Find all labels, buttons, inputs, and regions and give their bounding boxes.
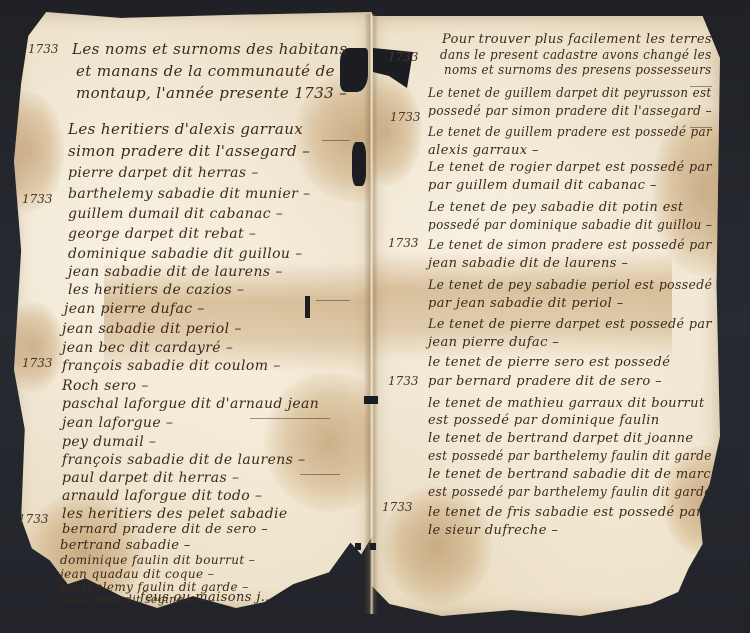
entry-line: les heritiers de cazios –: [68, 282, 244, 298]
entry-line: Le tenet de guillem pradere est possedé …: [428, 125, 712, 140]
entry-line: pey dumail –: [62, 434, 156, 450]
entry-line: paschal laforgue dit d'arnaud jean: [62, 396, 319, 412]
entry-line: pierre darpet dit herras –: [68, 165, 259, 181]
entry-line: Le tenet de simon pradere est possedé pa…: [428, 238, 712, 253]
margin-year: 1733: [390, 110, 421, 124]
entry-line: Le tenet de guillem darpet dit peyrusson…: [428, 86, 712, 101]
margin-year: 1733: [388, 50, 419, 64]
entry-line: dominique faulin dit bourrut –: [60, 553, 255, 567]
header-line: Les noms et surnoms des habitans: [72, 40, 347, 58]
entry-line: le tenet de fris sabadie est possedé par: [428, 505, 703, 520]
entry-line: Le tenet de rogier darpet est possedé pa…: [428, 160, 712, 175]
header-line: dans le present cadastre avons changé le…: [440, 48, 712, 63]
entry-line: est possedé par dominique faulin: [428, 413, 660, 428]
margin-year: 1733: [388, 236, 419, 250]
margin-year: 1733: [22, 192, 53, 206]
header-line: noms et surnoms des presens possesseurs: [444, 63, 712, 78]
center-fold: [364, 14, 378, 614]
entry-line: le tenet de bertrand darpet dit joanne: [428, 431, 693, 446]
entry-line: Le tenet de pey sabadie periol est posse…: [428, 278, 712, 293]
entry-line: jean quadau dit coque –: [60, 567, 214, 581]
entry-line: dominique sabadie dit guillou –: [68, 246, 303, 262]
entry-line: bernard pradere dit de sero –: [62, 522, 268, 537]
entry-line: jean bec dit cardayré –: [62, 340, 233, 356]
margin-year: 1733: [22, 356, 53, 370]
header-line: et manans de la communauté de: [76, 62, 335, 80]
entry-line: le tenet de pierre sero est possedé: [428, 355, 670, 370]
paper-hole: [352, 142, 366, 186]
entry-line: est possedé par barthelemy faulin dit ga…: [428, 485, 712, 500]
entry-line: barthelemy sabadie dit munier –: [68, 186, 310, 202]
entry-line: par bernard pradere dit de sero –: [428, 374, 662, 389]
entry-line: alexis garraux –: [428, 143, 539, 158]
entry-line: Roch sero –: [62, 378, 149, 394]
entry-line: possedé par simon pradere dit l'assegard…: [428, 104, 712, 119]
entry-line: arnauld laforgue dit todo –: [62, 488, 262, 504]
paper-hole: [355, 543, 361, 550]
paper-hole: [370, 543, 376, 550]
ruled-dash: [316, 300, 350, 301]
ruled-dash: [250, 418, 330, 419]
entry-line: jean sabadie dit de laurens –: [428, 256, 628, 271]
header-line: Pour trouver plus facilement les terres: [442, 32, 712, 47]
entry-line: jean sabadie dit de laurens –: [68, 264, 283, 280]
margin-year: 1733: [388, 374, 419, 388]
entry-line: possedé par dominique sabadie dit guillo…: [428, 218, 712, 233]
paper-hole: [305, 296, 310, 318]
entry-line: Les heritiers d'alexis garraux: [68, 120, 303, 138]
entry-line: françois sabadie dit de laurens –: [62, 452, 306, 468]
entry-line: jean laforgue –: [62, 415, 173, 431]
paper-hole: [364, 396, 378, 404]
ruled-dash: [690, 86, 712, 87]
ruled-dash: [300, 474, 340, 475]
entry-line: jean sabadie dit periol –: [62, 321, 242, 337]
entry-line: le sieur dufreche –: [428, 523, 558, 538]
ruled-dash: [322, 140, 350, 141]
margin-year: 1733: [18, 512, 49, 526]
margin-year: 1733: [28, 42, 59, 56]
entry-line: guillem dumail dit cabanac –: [68, 206, 283, 222]
entry-line: le tenet de mathieu garraux dit bourrut: [428, 396, 705, 411]
entry-line: le tenet de bertrand sabadie dit de marc: [428, 467, 711, 482]
entry-line: Le tenet de pierre darpet est possedé pa…: [428, 317, 712, 332]
entry-line: françois sabadie dit coulom –: [62, 358, 281, 374]
entry-line: jean pierre dufac –: [428, 335, 559, 350]
entry-line: paul darpet dit herras –: [62, 470, 239, 486]
entry-line: les heritiers des pelet sabadie: [62, 506, 288, 522]
margin-year: 1733: [382, 500, 413, 514]
entry-line: par guillem dumail dit cabanac –: [428, 178, 657, 193]
footer-line: feus ou maisons j...: [140, 590, 274, 605]
entry-line: est possedé par barthelemy faulin dit ga…: [428, 449, 712, 464]
ruled-dash: [690, 127, 712, 128]
entry-line: simon pradere dit l'assegard –: [68, 142, 310, 160]
entry-line: jean pierre dufac –: [64, 301, 205, 317]
entry-line: george darpet dit rebat –: [68, 226, 256, 242]
header-line: montaup, l'année presente 1733 –: [76, 84, 347, 102]
entry-line: par jean sabadie dit periol –: [428, 296, 624, 311]
entry-line: bertrand sabadie –: [60, 538, 191, 553]
entry-line: Le tenet de pey sabadie dit potin est: [428, 200, 684, 215]
